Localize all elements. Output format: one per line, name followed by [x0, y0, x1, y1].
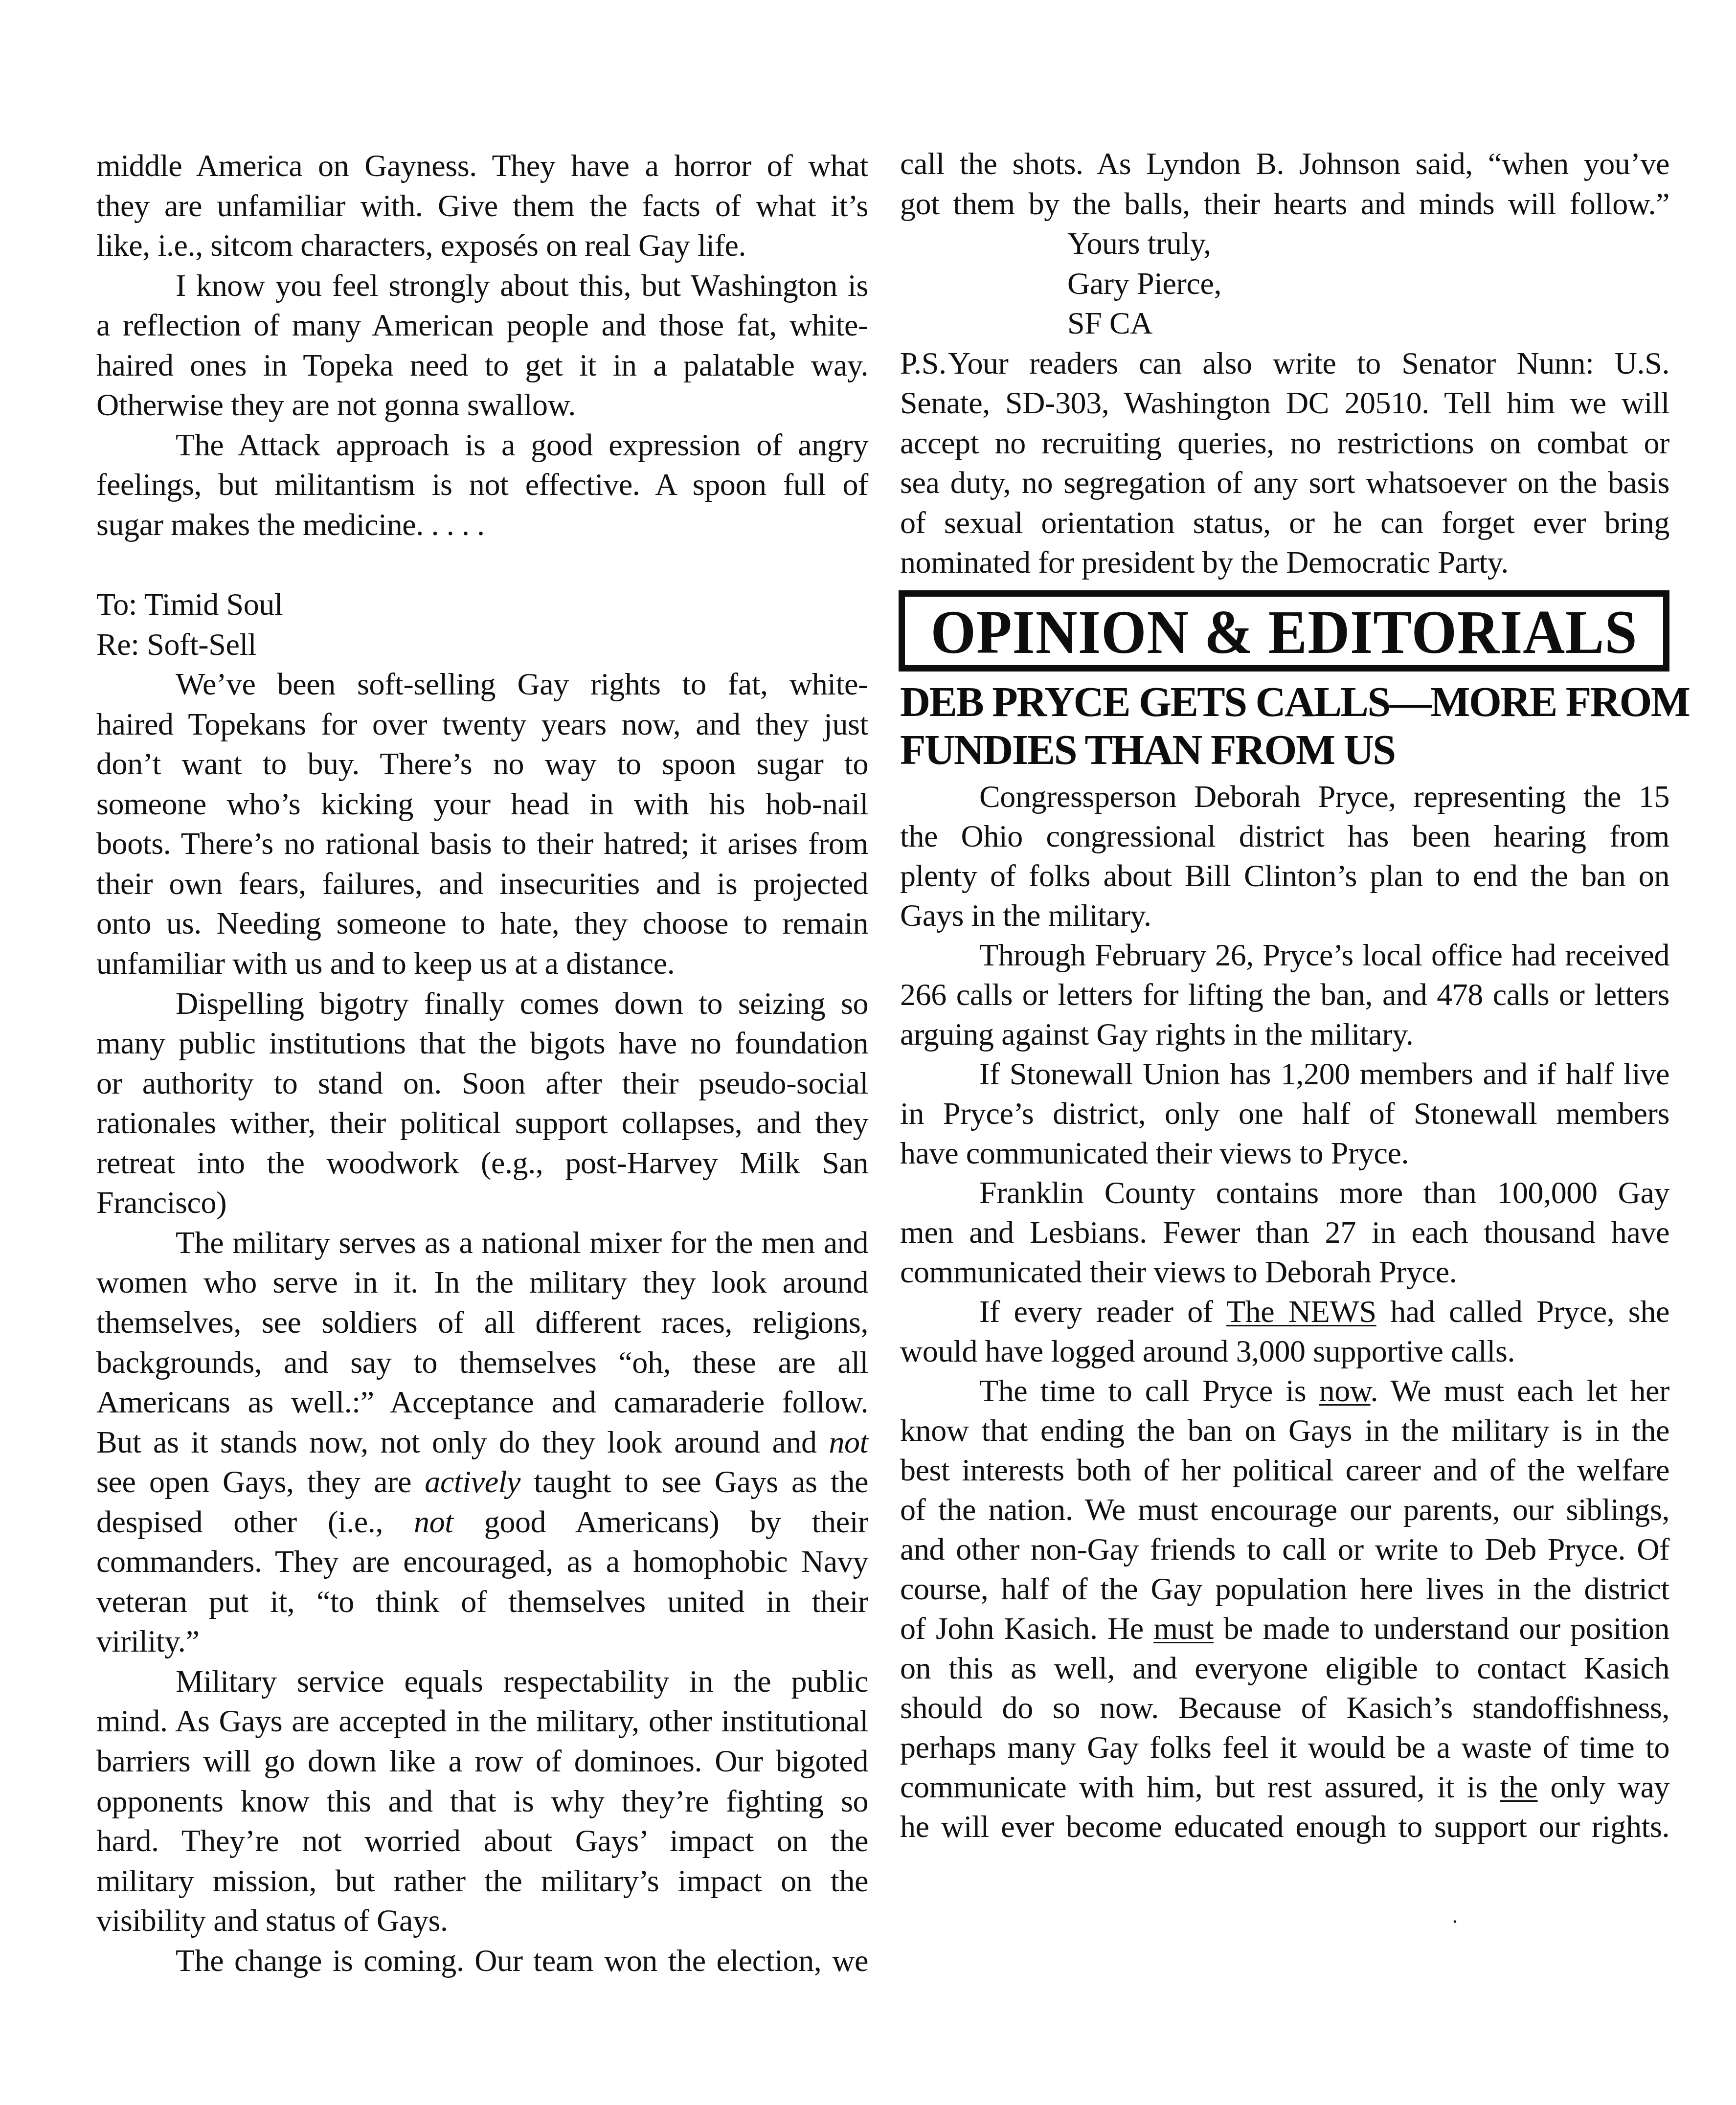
text-line: I know you feel strongly about this, but… [96, 266, 868, 305]
text-line: unfamiliar with us and to keep us at a d… [96, 943, 868, 983]
text-line: Military service equals respectability i… [96, 1661, 868, 1701]
text-line: veteran put it, “to think of themselves … [96, 1582, 868, 1621]
text-line: hard. They’re not worried about Gays’ im… [96, 1821, 868, 1860]
section-banner-title: OPINION & EDITORIALS [930, 601, 1637, 663]
underlined-text: the [1500, 1769, 1538, 1804]
signoff: Yours truly, [900, 224, 1669, 263]
text-line: opponents know this and that is why they… [96, 1781, 868, 1821]
text-line: retreat into the woodwork (e.g., post-Ha… [96, 1143, 868, 1183]
text-line: they are unfamiliar with. Give them the … [96, 186, 868, 225]
underlined-text: The NEWS [1226, 1294, 1376, 1329]
signer-location: SF CA [900, 303, 1669, 343]
text-line: accept no recruiting queries, no restric… [900, 423, 1669, 463]
text-line: see open Gays, they are actively taught … [96, 1462, 868, 1501]
text-line: commanders. They are encouraged, as a ho… [96, 1542, 868, 1581]
text-line: military mission, but rather the militar… [96, 1861, 868, 1901]
article-headline-line-1: DEB PRYCE GETS CALLS—MORE FROM [900, 678, 1669, 726]
text-line: onto us. Needing someone to hate, they c… [96, 903, 868, 943]
text-line: know that ending the ban on Gays in the … [900, 1411, 1669, 1450]
text-line: and other non-Gay friends to call or wri… [900, 1529, 1669, 1569]
text-line: would have logged around 3,000 supportiv… [900, 1331, 1669, 1371]
text-line: women who serve in it. In the military t… [96, 1262, 868, 1302]
text-line: Franklin County contains more than 100,0… [900, 1173, 1669, 1212]
ps-label: P.S. [900, 343, 948, 383]
text-line: haired ones in Topeka need to get it in … [96, 345, 868, 385]
text-line: Dispelling bigotry finally comes down to… [96, 984, 868, 1023]
text-line: nominated for president by the Democrati… [900, 542, 1669, 582]
text-line: plenty of folks about Bill Clinton’s pla… [900, 856, 1669, 896]
text-line: haired Topekans for over twenty years no… [96, 704, 868, 744]
text-line: call the shots. As Lyndon B. Johnson sai… [900, 144, 1669, 183]
text-line: sea duty, no segregation of any sort wha… [900, 463, 1669, 502]
text-line: in Pryce’s district, only one half of St… [900, 1094, 1669, 1133]
scan-speck [1453, 1920, 1457, 1924]
text-line: barriers will go down like a row of domi… [96, 1741, 868, 1781]
text-line: We’ve been soft-selling Gay rights to fa… [96, 664, 868, 704]
emphasis: not [829, 1425, 868, 1459]
text-line: arguing against Gay rights in the milita… [900, 1014, 1669, 1054]
text-line: or authority to stand on. Soon after the… [96, 1063, 868, 1103]
text-line: their own fears, failures, and insecurit… [96, 864, 868, 903]
text-line: Gays in the military. [900, 896, 1669, 935]
text-line: To: Timid Soul [96, 584, 868, 624]
text-line: sugar makes the medicine. . . . . [96, 505, 868, 544]
text-line: feelings, but militantism is not effecti… [96, 465, 868, 504]
text-line [96, 545, 868, 584]
text-line: of sexual orientation status, or he can … [900, 503, 1669, 542]
text-line: communicate with him, but rest assured, … [900, 1767, 1669, 1807]
text-line: The Attack approach is a good expression… [96, 425, 868, 465]
text-line: don’t want to buy. There’s no way to spo… [96, 744, 868, 784]
text-line: visibility and status of Gays. [96, 1901, 868, 1940]
emphasis: actively [425, 1464, 520, 1499]
text-line: communicated their views to Deborah Pryc… [900, 1252, 1669, 1292]
text-line: of John Kasich. He must be made to under… [900, 1609, 1669, 1648]
text-line: perhaps many Gay folks feel it would be … [900, 1727, 1669, 1767]
text-line: despised other (i.e., not good Americans… [96, 1502, 868, 1542]
text-line: The military serves as a national mixer … [96, 1223, 868, 1262]
underlined-text: must [1153, 1611, 1214, 1646]
text-line: men and Lesbians. Fewer than 27 in each … [900, 1212, 1669, 1252]
newspaper-page: middle America on Gayness. They have a h… [0, 0, 1736, 2105]
text-line: Re: Soft-Sell [96, 625, 868, 664]
text-line: a reflection of many American people and… [96, 305, 868, 345]
text-line: virility.” [96, 1621, 868, 1661]
text-line: Otherwise they are not gonna swallow. [96, 385, 868, 425]
text-line: Congressperson Deborah Pryce, representi… [900, 777, 1669, 816]
text-line: But as it stands now, not only do they l… [96, 1422, 868, 1462]
section-banner: OPINION & EDITORIALS [899, 590, 1669, 672]
text-line: The change is coming. Our team won the e… [96, 1941, 868, 1980]
text-line: Francisco) [96, 1183, 868, 1222]
text-line: on this as well, and everyone eligible t… [900, 1648, 1669, 1688]
text-line: course, half of the Gay population here … [900, 1569, 1669, 1609]
text-line: backgrounds, and say to themselves “oh, … [96, 1343, 868, 1382]
text-line: Senate, SD-303, Washington DC 20510. Tel… [900, 383, 1669, 423]
text-line: The time to call Pryce is now. We must e… [900, 1371, 1669, 1411]
text-line: mind. As Gays are accepted in the milita… [96, 1701, 868, 1741]
text-line: P.S.Your readers can also write to Senat… [900, 343, 1669, 383]
text-line: themselves, see soldiers of all differen… [96, 1302, 868, 1342]
text-line: should do so now. Because of Kasich’s st… [900, 1688, 1669, 1727]
text-line: If every reader of The NEWS had called P… [900, 1292, 1669, 1331]
underlined-text: now [1319, 1373, 1371, 1408]
text-line: Through February 26, Pryce’s local offic… [900, 935, 1669, 975]
text-line: middle America on Gayness. They have a h… [96, 146, 868, 185]
text-line: If Stonewall Union has 1,200 members and… [900, 1054, 1669, 1094]
text-line: Americans as well.:” Acceptance and cama… [96, 1382, 868, 1422]
text-line: have communicated their views to Pryce. [900, 1133, 1669, 1173]
text-line: many public institutions that the bigots… [96, 1023, 868, 1063]
text-line: the Ohio congressional district has been… [900, 816, 1669, 856]
text-line: he will ever become educated enough to s… [900, 1807, 1669, 1846]
article-headline-line-2: FUNDIES THAN FROM US [900, 726, 1669, 774]
text-line: 266 calls or letters for lifting the ban… [900, 975, 1669, 1014]
text-line: someone who’s kicking your head in with … [96, 784, 868, 824]
text-line: best interests both of her political car… [900, 1450, 1669, 1490]
text-line: of the nation. We must encourage our par… [900, 1490, 1669, 1529]
signer-name: Gary Pierce, [900, 264, 1669, 303]
text-line: boots. There’s no rational basis to thei… [96, 824, 868, 863]
emphasis: not [414, 1504, 453, 1539]
text-line: got them by the balls, their hearts and … [900, 184, 1669, 224]
text-line: rationales wither, their political suppo… [96, 1103, 868, 1142]
text-line: like, i.e., sitcom characters, exposés o… [96, 225, 868, 265]
